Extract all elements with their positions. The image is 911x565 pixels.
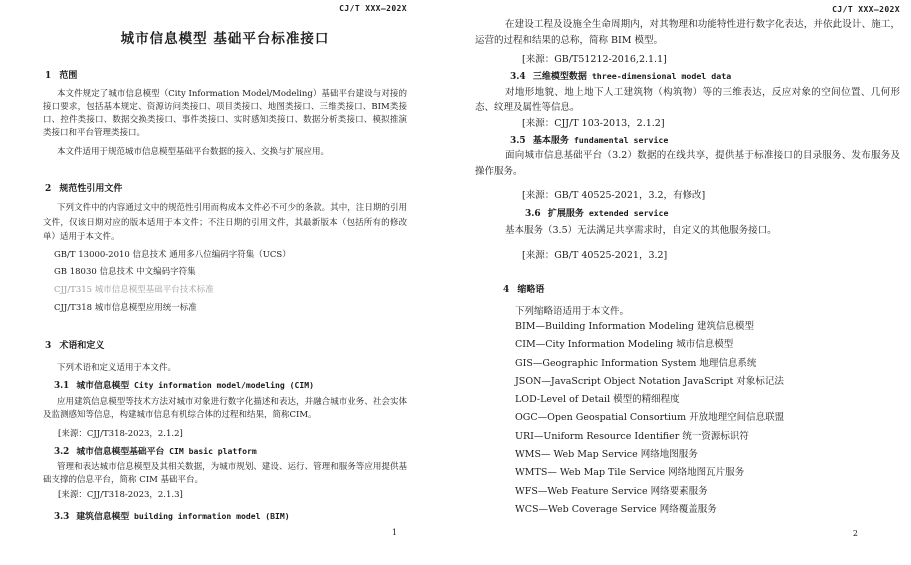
term-definition: 面向城市信息基础平台（3.2）数据的在线共享，提供基于标准接口的目录服务、发布服… (475, 148, 900, 180)
abbreviation-list: BIM—Building Information Modeling 建筑信息模型… (475, 322, 900, 523)
section-title: 规范性引用文件 (59, 184, 122, 194)
reference-item: CJJ/T318 城市信息模型应用统一标准 (43, 302, 407, 315)
term-number: 3.4 (510, 72, 526, 82)
term-zh: 建筑信息模型 (76, 512, 129, 522)
term-zh: 三维模型数据 (533, 72, 587, 82)
term-en: CIM basic platform (169, 446, 257, 456)
term-heading-3-4: 3.4三维模型数据three-dimensional model data (475, 69, 900, 85)
term-zh: 扩展服务 (548, 209, 584, 219)
abbreviation-item: CIM—City Information Modeling 城市信息模型 (515, 340, 900, 350)
term-definition: 管理和表达城市信息模型及其相关数据，为城市规划、建设、运行、管理和服务等应用提供… (43, 461, 407, 487)
abbreviation-item: GIS—Geographic Information System 地理信息系统 (515, 359, 900, 369)
abbreviation-item: WMTS— Web Map Tile Service 网络地图瓦片服务 (515, 468, 900, 478)
term-source: [来源：CJJ/T318-2023，2.1.2] (43, 428, 407, 441)
paragraph: 本文件适用于规范城市信息模型基础平台数据的接入、交换与扩展应用。 (43, 146, 407, 159)
abbreviation-item: OGC—Open Geospatial Consortium 开放地理空间信息联… (515, 413, 900, 423)
term-heading-3-2: 3.2城市信息模型基础平台CIM basic platform (43, 445, 407, 459)
page-1: CJ/T XXX—202X 城市信息模型 基础平台标准接口 1范围 本文件规定了… (43, 0, 407, 565)
term-number: 3.5 (510, 136, 526, 146)
term-number: 3.2 (54, 447, 69, 457)
reference-item: GB/T 13000-2010 信息技术 通用多八位编码字符集（UCS） (43, 249, 407, 262)
section-number: 3 (45, 341, 51, 351)
section-title: 缩略语 (517, 285, 544, 295)
paragraph: 下列术语和定义适用于本文件。 (43, 362, 407, 375)
section-number: 2 (45, 184, 51, 194)
section-number: 1 (45, 71, 51, 81)
abbreviation-item: LOD-Level of Detail 模型的精细程度 (515, 395, 900, 405)
term-heading-3-1: 3.1城市信息模型City information model/modeling… (43, 379, 407, 393)
abbreviation-item: BIM—Building Information Modeling 建筑信息模型 (515, 322, 900, 332)
term-source: [来源：CJJ/T318-2023，2.1.3] (43, 489, 407, 502)
page-header-code: CJ/T XXX—202X (475, 2, 900, 17)
document-title: 城市信息模型 基础平台标准接口 (43, 33, 407, 46)
term-definition: 基本服务（3.5）无法满足共享需求时，自定义的其他服务接口。 (475, 223, 900, 238)
page-header-code: CJ/T XXX—202X (43, 2, 407, 15)
term-number: 3.3 (54, 512, 69, 522)
term-number: 3.1 (54, 381, 69, 391)
term-source: [来源：GB/T51212-2016,2.1.1] (475, 52, 900, 67)
reference-item: GB 18030 信息技术 中文编码字符集 (43, 266, 407, 279)
term-zh: 城市信息模型 (76, 381, 129, 391)
paragraph: 本文件规定了城市信息模型（City Information Model/Mode… (43, 88, 407, 140)
term-source: [来源：CJJ/T 103-2013，2.1.2] (475, 116, 900, 131)
term-definition: 应用建筑信息模型等技术方法对城市对象进行数字化描述和表达，并融合城市业务、社会实… (43, 396, 407, 422)
term-en: extended service (589, 208, 669, 218)
section-heading-normative-references: 2规范性引用文件 (43, 183, 407, 196)
term-definition: 对地形地貌、地上地下人工建筑物（构筑物）等的三维表达，反应对象的空间位置、几何形… (475, 85, 900, 115)
term-en: City information model/modeling (CIM) (134, 380, 314, 390)
section-heading-abbreviations: 4缩略语 (475, 283, 900, 298)
term-heading-3-6: 3.6扩展服务extended service (475, 206, 900, 222)
abbreviation-item: WMS— Web Map Service 网络地图服务 (515, 450, 900, 460)
abbreviation-item: WFS—Web Feature Service 网络要素服务 (515, 487, 900, 497)
page-number: 1 (43, 526, 407, 539)
term-heading-3-3: 3.3建筑信息模型building information model (BIM… (43, 510, 407, 524)
term-number: 3.6 (525, 209, 541, 219)
section-title: 术语和定义 (59, 341, 104, 351)
page-2: CJ/T XXX—202X 在建设工程及设施全生命周期内，对其物理和功能特性进行… (475, 0, 900, 565)
term-heading-3-5: 3.5基本服务fundamental service (475, 133, 900, 149)
section-title: 范围 (59, 71, 77, 81)
term-source: [来源：GB/T 40525-2021，3.2] (475, 248, 900, 263)
paragraph: 下列文件中的内容通过文中的规范性引用而构成本文件必不可少的条款。其中，注日期的引… (43, 201, 407, 245)
term-en: building information model (BIM) (134, 511, 290, 521)
page-number: 2 (475, 526, 900, 541)
document-viewer: CJ/T XXX—202X 城市信息模型 基础平台标准接口 1范围 本文件规定了… (0, 0, 911, 565)
abbreviation-item: WCS—Web Coverage Service 网络覆盖服务 (515, 505, 900, 515)
section-heading-terms: 3术语和定义 (43, 340, 407, 353)
term-en: three-dimensional model data (592, 71, 731, 81)
term-source: [来源：GB/T 40525-2021，3.2，有修改] (475, 188, 900, 203)
reference-item: CJJ/T315 城市信息模型基础平台技术标准 (43, 284, 407, 297)
paragraph: 下列缩略语适用于本文件。 (475, 304, 900, 319)
term-zh: 城市信息模型基础平台 (76, 447, 164, 457)
section-number: 4 (503, 285, 509, 295)
abbreviation-item: URI—Uniform Resource Identifier 统一资源标识符 (515, 432, 900, 442)
term-definition: 在建设工程及设施全生命周期内，对其物理和功能特性进行数字化表达，并依此设计、施工… (475, 17, 900, 49)
term-zh: 基本服务 (533, 136, 569, 146)
section-heading-scope: 1范围 (43, 70, 407, 83)
abbreviation-item: JSON—JavaScript Object Notation JavaScri… (515, 377, 900, 387)
term-en: fundamental service (574, 135, 669, 145)
